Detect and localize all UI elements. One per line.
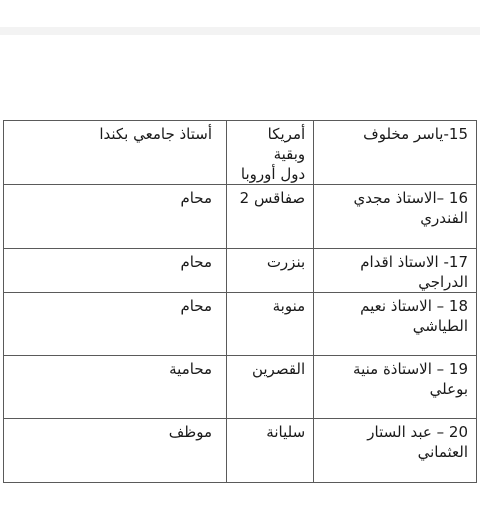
name-cell: 18 – الاستاذ نعيم الطياشي [314,293,477,356]
place-cell: أمريكا وبقية دول أوروبا [227,121,314,185]
candidates-table: 15-ياسر مخلوف أمريكا وبقية دول أوروبا أس… [3,120,477,483]
place-cell: بنزرت [227,249,314,293]
table-row: 18 – الاستاذ نعيم الطياشي منوبة محام [4,293,477,356]
top-divider-band [0,27,480,35]
table-row: 17- الاستاذ اقدام الدراجي بنزرت محام [4,249,477,293]
occupation-cell: موظف [4,419,227,483]
name-cell: 15-ياسر مخلوف [314,121,477,185]
place-cell: منوبة [227,293,314,356]
occupation-cell: محام [4,293,227,356]
occupation-cell: أستاذ جامعي بكندا [4,121,227,185]
table-row: 16 –الاستاذ مجدي الفندري صفاقس 2 محام [4,185,477,249]
occupation-cell: محام [4,185,227,249]
occupation-cell: محام [4,249,227,293]
occupation-cell: محامية [4,356,227,419]
table-row: 15-ياسر مخلوف أمريكا وبقية دول أوروبا أس… [4,121,477,185]
name-cell: 20 – عبد الستار العثماني [314,419,477,483]
name-cell: 19 – الاستاذة منية بوعلي [314,356,477,419]
name-cell: 16 –الاستاذ مجدي الفندري [314,185,477,249]
table-row: 20 – عبد الستار العثماني سليانة موظف [4,419,477,483]
name-cell: 17- الاستاذ اقدام الدراجي [314,249,477,293]
place-cell: صفاقس 2 [227,185,314,249]
place-cell: القصرين [227,356,314,419]
table-row: 19 – الاستاذة منية بوعلي القصرين محامية [4,356,477,419]
place-cell: سليانة [227,419,314,483]
